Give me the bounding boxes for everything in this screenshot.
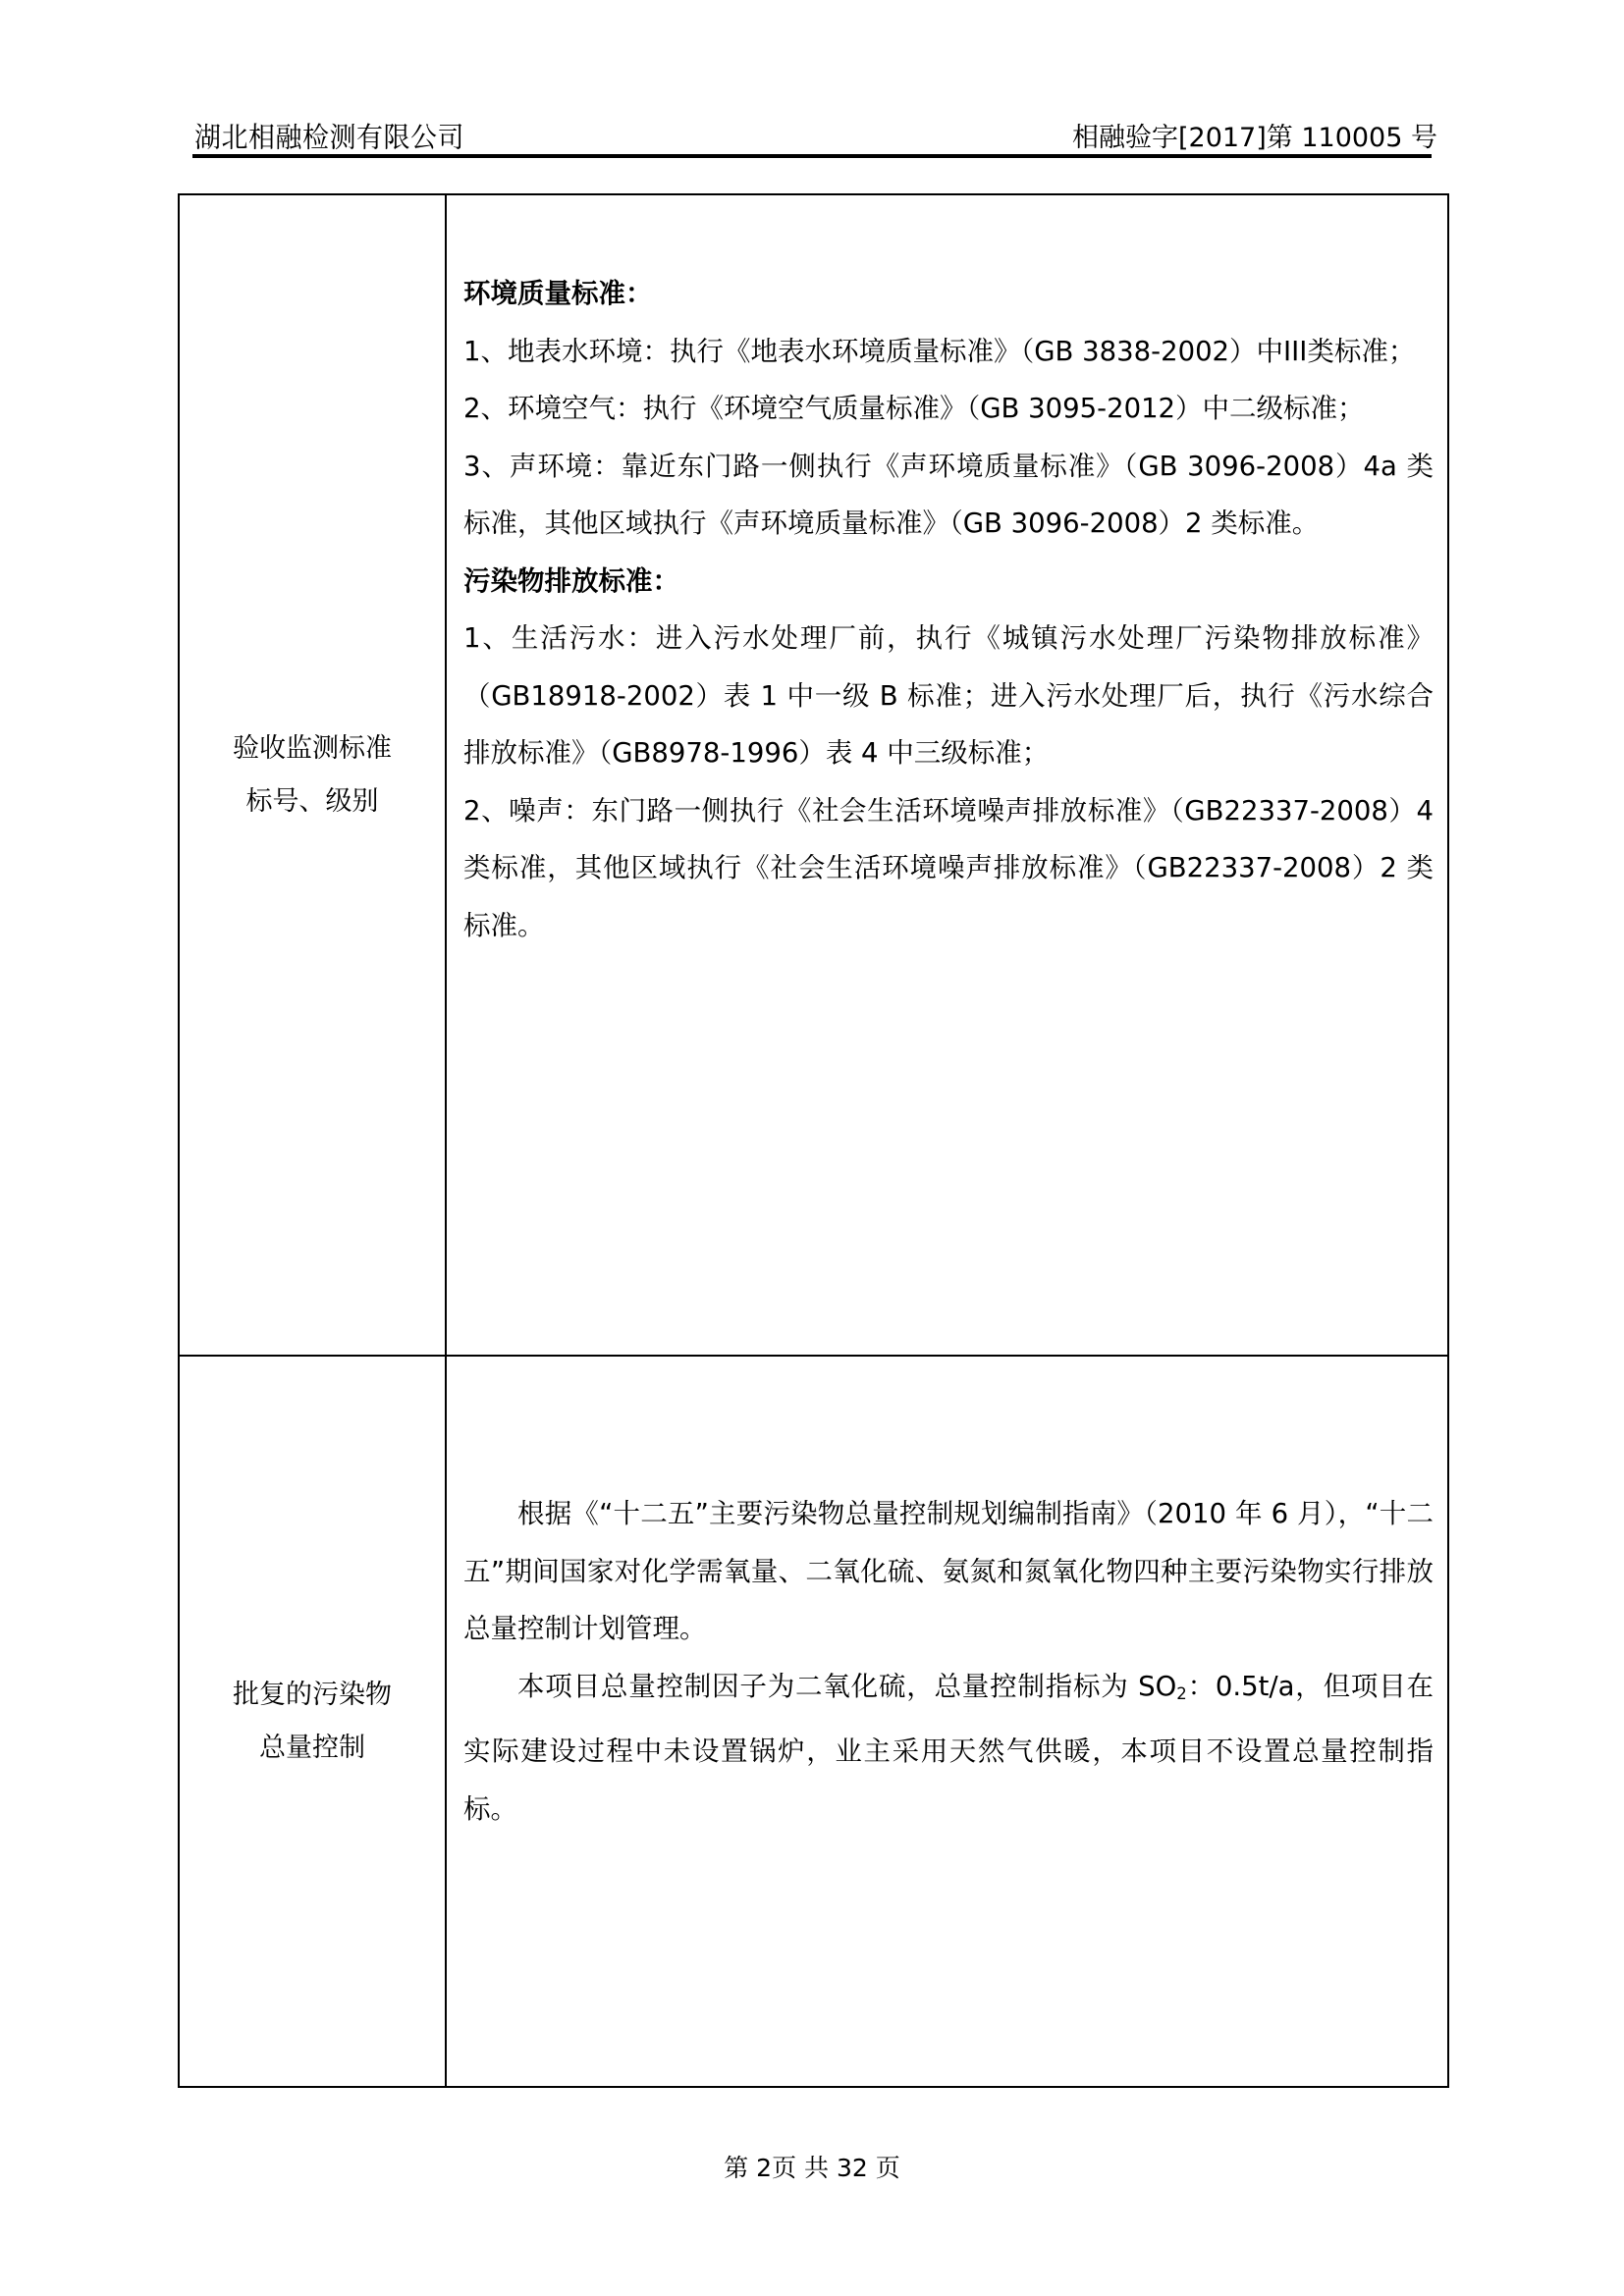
env-quality-title: 环境质量标准： <box>463 265 1434 323</box>
table-row-monitoring-standards: 验收监测标准 标号、级别 环境质量标准： 1、地表水环境：执行《地表水环境质量标… <box>180 195 1447 1357</box>
env-quality-item: 3、声环境：靠近东门路一侧执行《声环境质量标准》（GB 3096-2008）4a… <box>463 438 1434 553</box>
row-content-total-control: 根据《“十二五”主要污染物总量控制规划编制指南》（2010 年 6 月），“十二… <box>447 1357 1447 2086</box>
total-control-paragraph-2: 本项目总量控制因子为二氧化硫，总量控制指标为 SO2：0.5t/a，但项目在实际… <box>463 1658 1434 1839</box>
row-content-monitoring-standards: 环境质量标准： 1、地表水环境：执行《地表水环境质量标准》（GB 3838-20… <box>447 195 1447 1355</box>
company-name: 湖北相融检测有限公司 <box>194 115 464 155</box>
total-control-paragraph-1: 根据《“十二五”主要污染物总量控制规划编制指南》（2010 年 6 月），“十二… <box>463 1485 1434 1658</box>
emission-title: 污染物排放标准： <box>463 553 1434 611</box>
label-line: 验收监测标准 <box>233 722 392 775</box>
so2-subscript: 2 <box>1176 1684 1187 1703</box>
standards-table: 验收监测标准 标号、级别 环境质量标准： 1、地表水环境：执行《地表水环境质量标… <box>178 193 1449 2088</box>
page-number: 第 2页 共 32 页 <box>0 2149 1624 2184</box>
table-row-total-control: 批复的污染物 总量控制 根据《“十二五”主要污染物总量控制规划编制指南》（201… <box>180 1357 1447 2086</box>
row-label-total-control: 批复的污染物 总量控制 <box>180 1357 447 2086</box>
env-quality-item: 1、地表水环境：执行《地表水环境质量标准》（GB 3838-2002）中III类… <box>463 323 1434 381</box>
emission-item: 1、生活污水：进入污水处理厂前，执行《城镇污水处理厂污染物排放标准》（GB189… <box>463 610 1434 782</box>
label-line: 批复的污染物 <box>233 1669 392 1722</box>
label-line: 标号、级别 <box>246 775 379 828</box>
label-line: 总量控制 <box>259 1722 365 1775</box>
report-number: 相融验字[2017]第 110005 号 <box>1072 116 1437 154</box>
env-quality-item: 2、环境空气：执行《环境空气质量标准》（GB 3095-2012）中二级标准； <box>463 380 1434 438</box>
emission-item: 2、噪声：东门路一侧执行《社会生活环境噪声排放标准》（GB22337-2008）… <box>463 782 1434 955</box>
row-label-monitoring-standards: 验收监测标准 标号、级别 <box>180 195 447 1355</box>
header-rule <box>192 154 1432 158</box>
paragraph-2-before: 本项目总量控制因子为二氧化硫，总量控制指标为 SO <box>517 1671 1176 1702</box>
